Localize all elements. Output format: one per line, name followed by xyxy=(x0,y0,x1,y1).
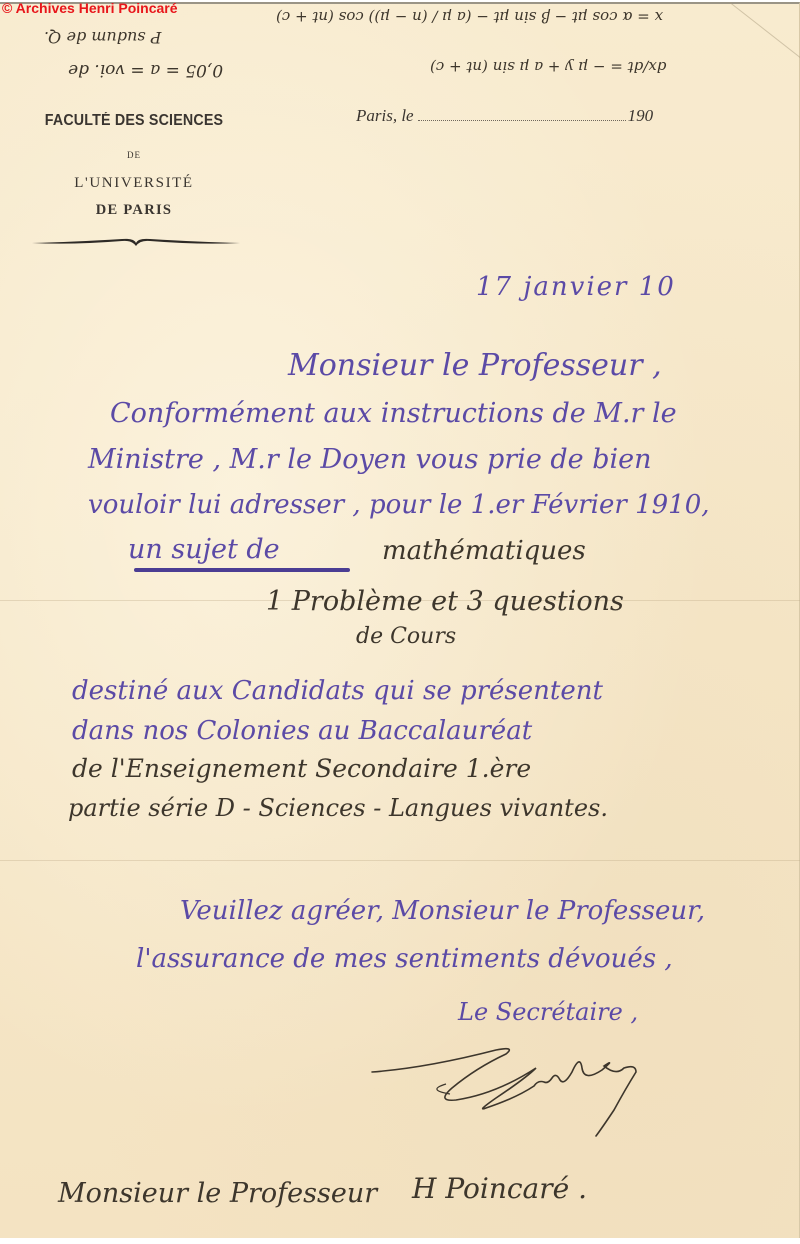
annotation-upside-down-2: 0,05 = a = voi. de xyxy=(68,60,223,80)
body-line-2: Ministre , M.r le Doyen vous prie de bie… xyxy=(88,444,652,475)
subject-detail: 1 Problème et 3 questions xyxy=(266,586,624,617)
letterhead-city: DE PARIS xyxy=(28,202,240,219)
closing-line-1: Veuillez agréer, Monsieur le Professeur, xyxy=(180,896,705,926)
letterhead-ornament-rule xyxy=(32,236,240,250)
body-line-3: vouloir lui adresser , pour le 1.er Févr… xyxy=(88,490,710,520)
subject-detail-2: de Cours xyxy=(356,624,456,649)
letterhead-university: L'UNIVERSITÉ xyxy=(28,175,240,192)
letterhead-de: DE xyxy=(28,150,240,160)
body-line-1: Conformément aux instructions de M.r le xyxy=(110,398,677,429)
purpose-line-3: de l'Enseignement Secondaire 1.ère xyxy=(72,754,531,783)
purpose-line-1: destiné aux Candidats qui se présentent xyxy=(72,676,603,706)
subject-underline xyxy=(134,568,350,572)
purpose-line-2: dans nos Colonies au Baccalauréat xyxy=(72,716,532,746)
footer-recipient-title: Monsieur le Professeur xyxy=(58,1178,377,1209)
subject-prefix: un sujet de xyxy=(128,534,280,565)
archive-watermark: © Archives Henri Poincaré xyxy=(2,0,178,16)
annotation-upside-down-1: P sudum de Q. xyxy=(44,28,161,47)
formula-upside-down-2: dx/dt = − μ y + a μ sin (nt + c) xyxy=(430,58,666,76)
purpose-line-4: partie série D - Sciences - Langues viva… xyxy=(68,794,608,822)
formula-upside-down-1: x = α cos μt − β sin μt − (a μ / (n − μ)… xyxy=(276,8,663,26)
paper-fold xyxy=(0,860,800,861)
printed-dateline: Paris, le 190 xyxy=(356,106,653,126)
dateline-prefix: Paris, le xyxy=(356,106,414,126)
dateline-blank xyxy=(418,120,626,121)
salutation: Monsieur le Professeur , xyxy=(288,348,662,383)
signatory-title: Le Secrétaire , xyxy=(458,998,638,1026)
signature xyxy=(366,1028,686,1148)
footer-recipient-name: H Poincaré . xyxy=(412,1172,587,1205)
closing-line-2: l'assurance de mes sentiments dévoués , xyxy=(136,944,673,974)
subject-value: mathématiques xyxy=(382,536,586,566)
letterhead-faculty: FACULTÉ DES SCIENCES xyxy=(36,112,231,130)
letter-date: 17 janvier 10 xyxy=(476,272,676,302)
dateline-year: 190 xyxy=(628,106,654,126)
